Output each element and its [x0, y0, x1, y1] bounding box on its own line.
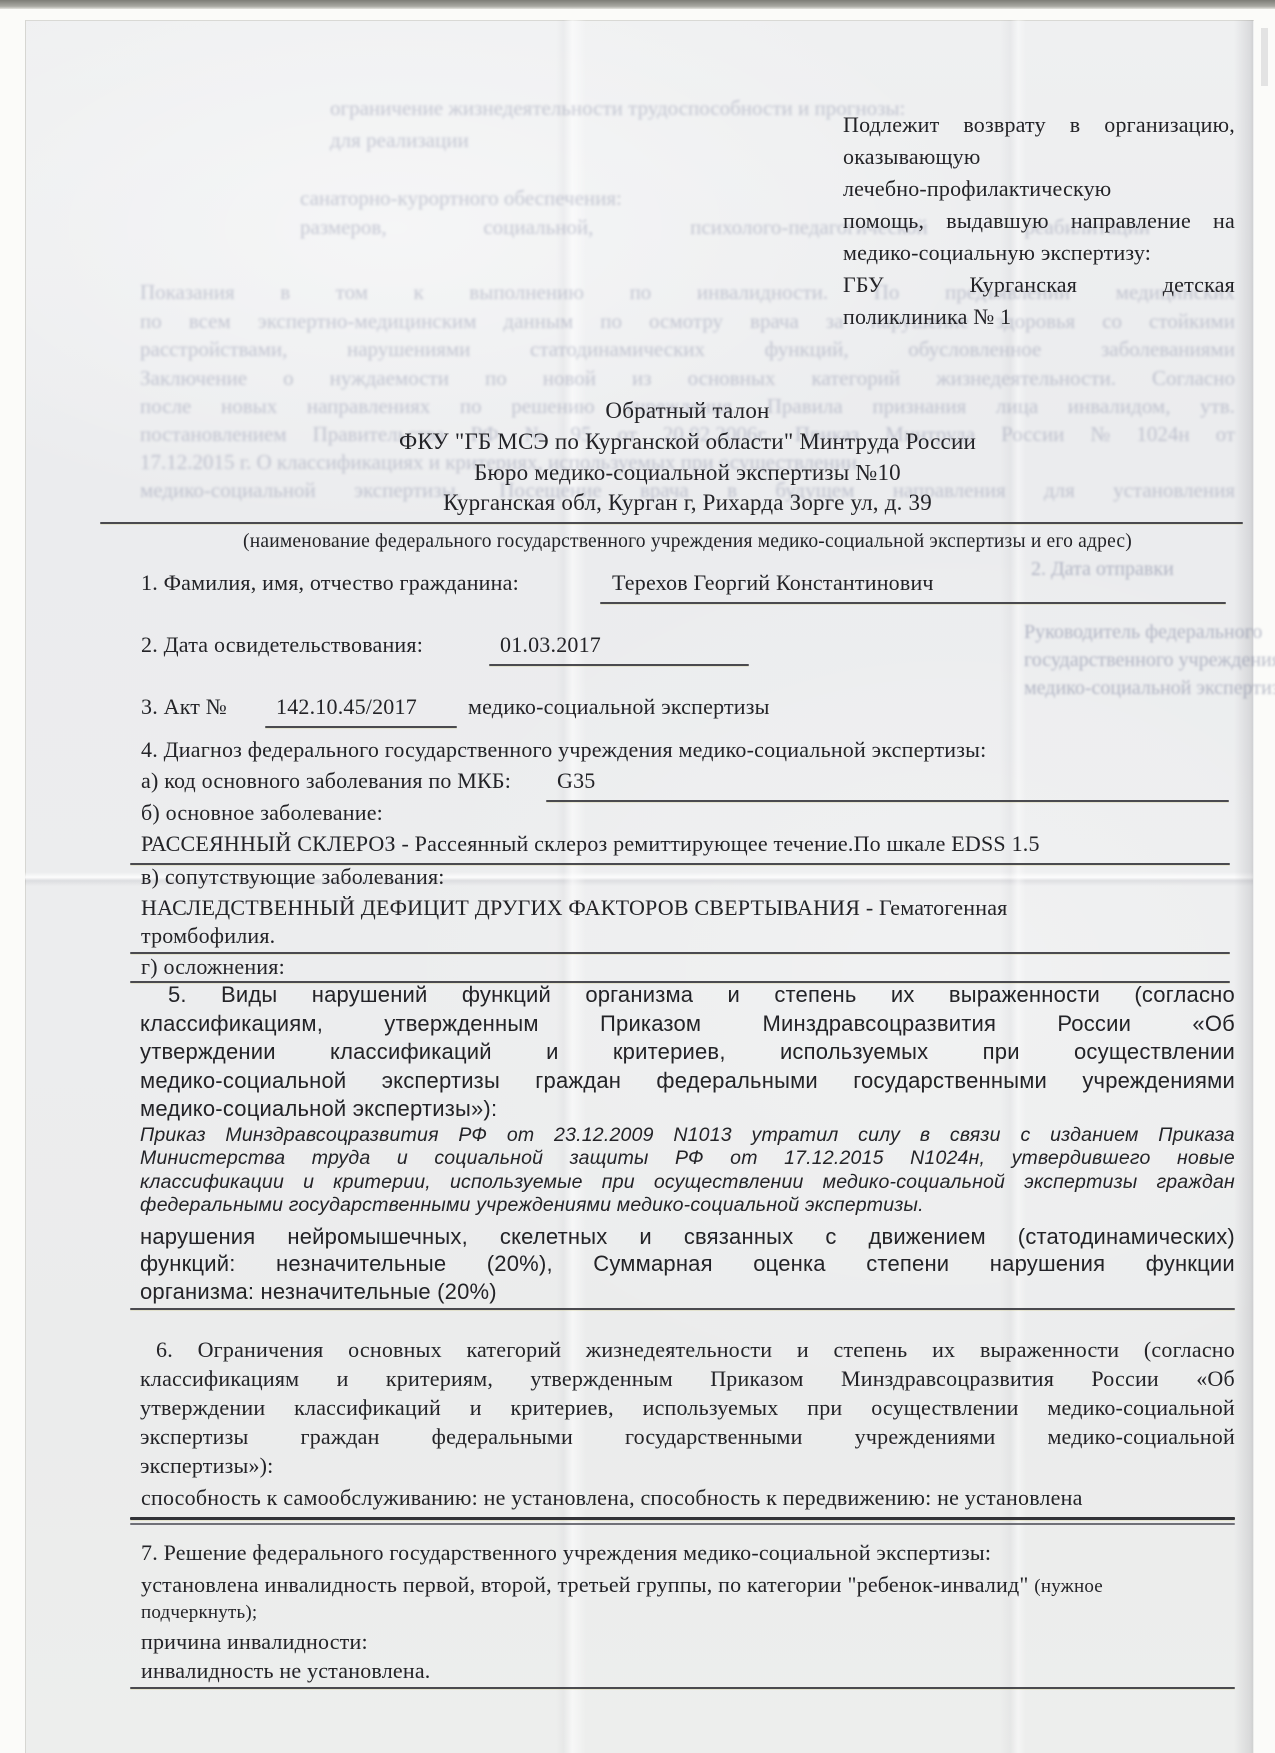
section7-note: подчеркнуть); — [141, 1602, 257, 1624]
section5-value-line: функций:незначительные(20%),Суммарнаяоце… — [140, 1251, 1235, 1277]
underline — [130, 1517, 1235, 1520]
return-notice-line: Подлежитвозвратуворганизацию, — [843, 112, 1235, 138]
field-diagnosis-label: 4. Диагноз федерального государственного… — [141, 737, 986, 763]
legal-note-line: классификацииикритерии,используемыеприос… — [140, 1171, 1235, 1194]
underline — [130, 1523, 1235, 1525]
field-act-label: 3. Акт № — [141, 694, 227, 720]
legal-note-line: МинистерстватрудаисоциальнойзащитыРФот17… — [140, 1147, 1235, 1170]
underline — [265, 726, 457, 728]
separator-line — [100, 522, 1243, 524]
field-fio-value: Терехов Георгий Константинович — [612, 570, 934, 596]
underline — [546, 800, 1229, 802]
section5-value-line: организма: незначительные (20%) — [140, 1279, 497, 1305]
bureau-name: Бюро медико-социальной экспертизы №10 — [140, 460, 1235, 486]
doc-title: Обратный талон — [140, 398, 1235, 424]
underline — [130, 952, 1230, 954]
issuing-organization: ФКУ "ГБ МСЭ по Курганской области" Минтр… — [140, 429, 1235, 455]
section7-decision-text: установлена инвалидность первой, второй,… — [141, 1572, 1029, 1597]
field-complications-label: г) осложнения: — [141, 954, 285, 980]
section5-paragraph-line: утвержденииклассификацийикритериев,испол… — [140, 1039, 1235, 1065]
disability-cause-label: причина инвалидности: — [141, 1629, 368, 1655]
underline — [130, 1308, 1235, 1310]
field-exam-date-label: 2. Дата освидетельствования: — [141, 632, 423, 658]
section5-paragraph-line: классификациям,утвержденнымПриказомМинзд… — [140, 1011, 1235, 1037]
underline — [600, 602, 1226, 604]
disability-result: инвалидность не установлена. — [141, 1658, 430, 1684]
section7-note: (нужное — [1034, 1576, 1103, 1597]
section6-value: способность к самообслуживанию: не устан… — [141, 1485, 1083, 1511]
field-main-disease-label: б) основное заболевание: — [141, 800, 383, 826]
section5-value-line: нарушениянейромышечных,скелетныхисвязанн… — [140, 1224, 1235, 1250]
field-fio-label: 1. Фамилия, имя, отчество гражданина: — [141, 570, 519, 596]
legal-note-line: федеральными государственными учреждения… — [140, 1194, 924, 1217]
field-comorbidity-value: НАСЛЕДСТВЕННЫЙ ДЕФИЦИТ ДРУГИХ ФАКТОРОВ С… — [141, 895, 1008, 921]
section6-paragraph-line: экспертизы»): — [140, 1453, 274, 1479]
section7-label: 7. Решение федерального государственного… — [141, 1540, 991, 1566]
return-notice-line: оказывающую — [843, 144, 980, 170]
section6-paragraph-line: утвержденииклассификацийикритериев,испол… — [140, 1395, 1235, 1421]
field-comorbidity-value: тромбофилия. — [141, 923, 275, 949]
section7-decision: установлена инвалидность первой, второй,… — [141, 1572, 1103, 1598]
return-clinic-name: ГБУКурганскаядетская — [843, 272, 1235, 298]
field-comorbidity-label: в) сопутствующие заболевания: — [141, 864, 445, 890]
section6-paragraph-line: экспертизыгражданфедеральнымигосударстве… — [140, 1424, 1235, 1450]
section5-paragraph-line: медико-социальнойэкспертизыгражданфедера… — [140, 1068, 1235, 1094]
scanned-document: ограничение жизнедеятельности трудоспосо… — [0, 0, 1275, 1753]
field-act-suffix: медико-социальной экспертизы — [468, 694, 770, 720]
return-notice-line: лечебно-профилактическую — [843, 176, 1111, 202]
legal-note-line: ПриказМинздравсоцразвитияРФот23.12.2009N… — [140, 1124, 1235, 1147]
field-act-number: 142.10.45/2017 — [276, 694, 417, 720]
field-main-disease-value: РАССЕЯННЫЙ СКЛЕРОЗ - Рассеянный склероз … — [141, 831, 1040, 857]
section5-paragraph-line: 5.Видынарушенийфункцийорганизмаистепеньи… — [168, 982, 1235, 1008]
return-notice-line: помощь,выдавшуюнаправлениена — [843, 208, 1235, 234]
section6-paragraph-line: 6.Ограниченияосновныхкатегорийжизнедеяте… — [156, 1337, 1235, 1363]
bureau-address: Курганская обл, Курган г, Рихарда Зорге … — [140, 490, 1235, 516]
section6-paragraph-line: классификациямикритериям,утвержденнымПри… — [140, 1366, 1235, 1392]
section5-paragraph-line: медико-социальной экспертизы»): — [140, 1096, 497, 1122]
return-clinic-name: поликлиника № 1 — [843, 304, 1011, 330]
field-icd-code: G35 — [557, 768, 596, 794]
address-caption: (наименование федерального государственн… — [140, 531, 1235, 553]
return-notice-line: медико-социальную экспертизу: — [843, 240, 1151, 266]
field-icd-label: а) код основного заболевания по МКБ: — [141, 768, 511, 794]
underline — [130, 1687, 1235, 1689]
field-exam-date-value: 01.03.2017 — [500, 632, 601, 658]
underline — [489, 664, 749, 666]
